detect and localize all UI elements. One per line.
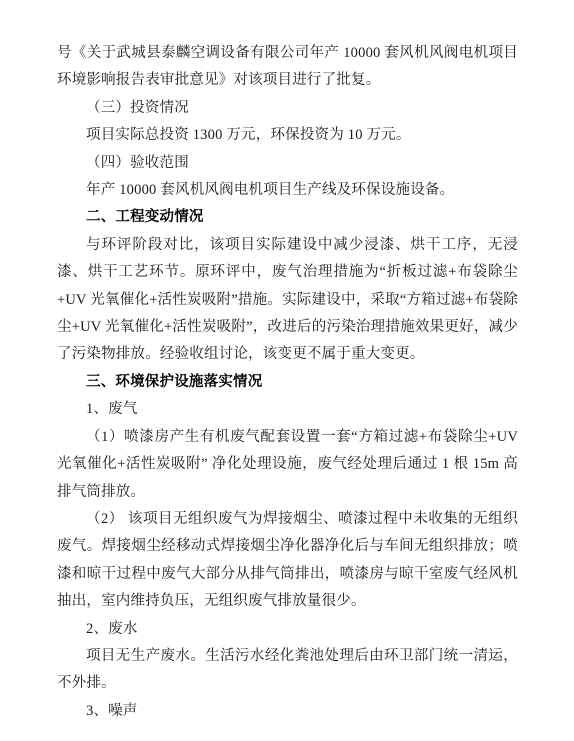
body-paragraph: 1、废气 [57, 396, 518, 423]
body-paragraph: 3、噪声 [57, 698, 518, 725]
body-paragraph: （2） 该项目无组织废气为焊接烟尘、喷漆过程中未收集的无组织废气。焊接烟尘经移动… [57, 506, 518, 616]
body-paragraph: 年产 10000 套风机风阀电机项目生产线及环保设施设备。 [57, 177, 518, 204]
document-content: 号《关于武城县泰麟空调设备有限公司年产 10000 套风机风阀电机项目环境影响报… [57, 40, 518, 725]
body-paragraph: 与环评阶段对比，该项目实际建设中减少浸漆、烘干工序，无浸漆、烘干工艺环节。原环评… [57, 232, 518, 369]
body-paragraph: 2、废水 [57, 616, 518, 643]
body-paragraph: （1）喷漆房产生有机废气配套设置一套“方箱过滤+布袋除尘+UV 光氧催化+活性炭… [57, 424, 518, 506]
body-paragraph: 号《关于武城县泰麟空调设备有限公司年产 10000 套风机风阀电机项目环境影响报… [57, 40, 518, 95]
body-paragraph: （三）投资情况 [57, 95, 518, 122]
section-heading: 三、环境保护设施落实情况 [57, 369, 518, 396]
document-page: 号《关于武城县泰麟空调设备有限公司年产 10000 套风机风阀电机项目环境影响报… [0, 0, 574, 741]
body-paragraph: （四）验收范围 [57, 150, 518, 177]
section-heading: 二、工程变动情况 [57, 204, 518, 231]
body-paragraph: 项目实际总投资 1300 万元，环保投资为 10 万元。 [57, 122, 518, 149]
body-paragraph: 项目无生产废水。生活污水经化粪池处理后由环卫部门统一清运，不外排。 [57, 643, 518, 698]
